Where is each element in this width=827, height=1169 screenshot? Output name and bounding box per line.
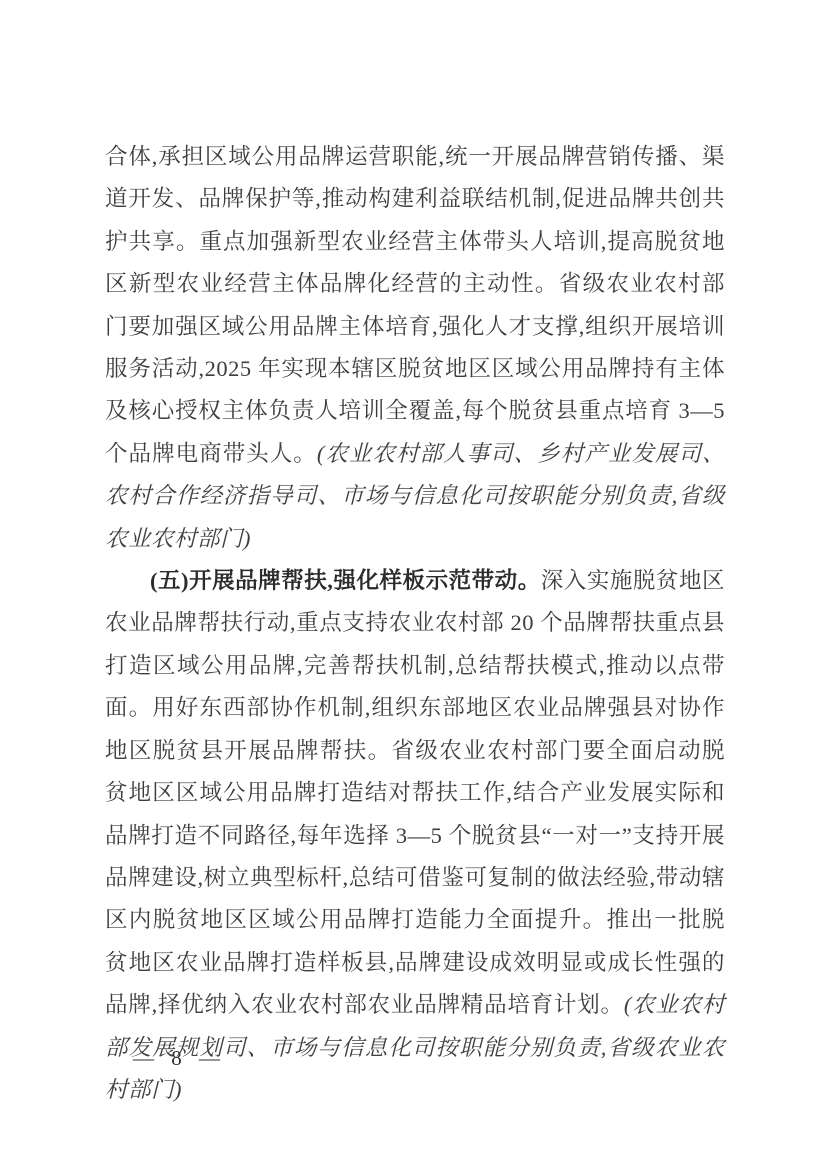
- document-body: 合体,承担区域公用品牌运营职能,统一开展品牌营销传播、渠道开发、品牌保护等,推动…: [105, 136, 725, 1111]
- section-heading: (五)开展品牌帮扶,强化样板示范带动。: [150, 568, 541, 593]
- paragraph-section-five: (五)开展品牌帮扶,强化样板示范带动。深入实施脱贫地区农业品牌帮扶行动,重点支持…: [105, 560, 725, 1111]
- page-number: — 8 —: [133, 1046, 226, 1071]
- paragraph-text: 深入实施脱贫地区农业品牌帮扶行动,重点支持农业农村部 20 个品牌帮扶重点县打造…: [105, 568, 725, 1017]
- document-page: 合体,承担区域公用品牌运营职能,统一开展品牌营销传播、渠道开发、品牌保护等,推动…: [0, 0, 827, 1169]
- paragraph-text: 合体,承担区域公用品牌运营职能,统一开展品牌营销传播、渠道开发、品牌保护等,推动…: [105, 144, 725, 466]
- paragraph-continuation: 合体,承担区域公用品牌运营职能,统一开展品牌营销传播、渠道开发、品牌保护等,推动…: [105, 136, 725, 560]
